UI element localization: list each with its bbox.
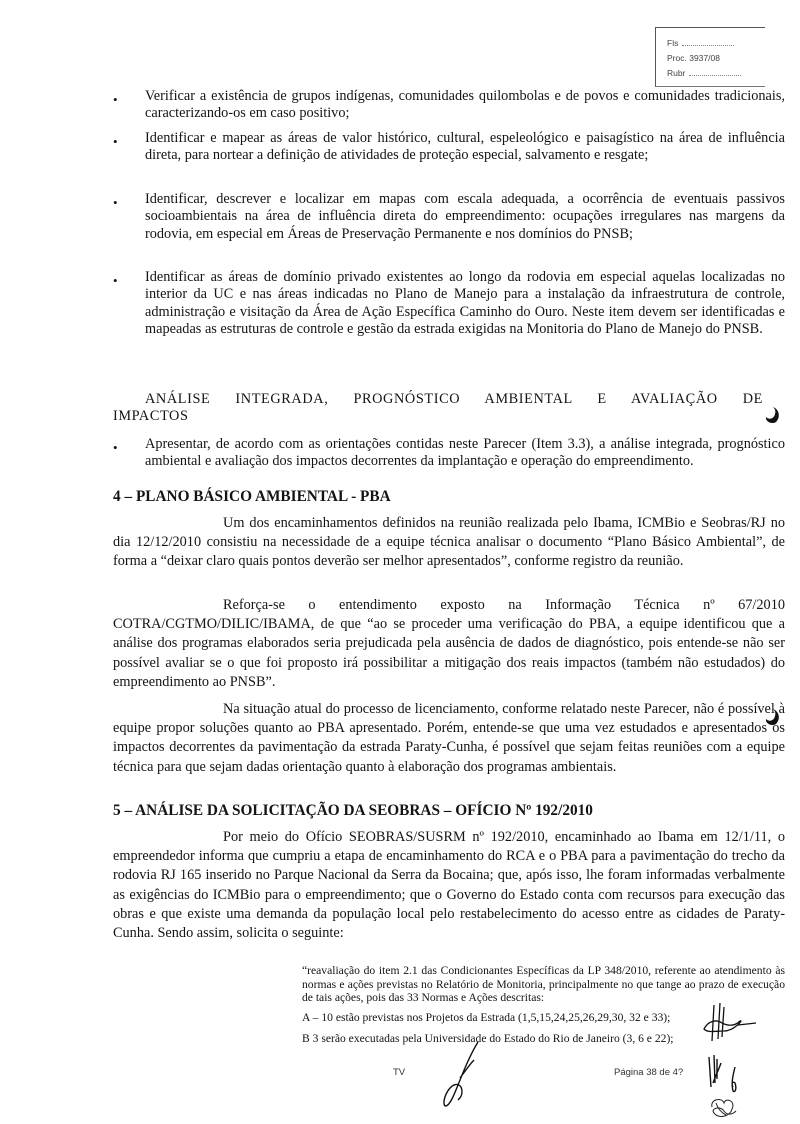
rubric-signature-mark <box>706 1095 738 1121</box>
protocol-stamp: Fls Proc. 3937/08 Rubr <box>655 27 765 87</box>
bullet-icon: • <box>113 92 133 108</box>
list-item: Identificar, descrever e localizar em ma… <box>145 191 785 243</box>
bullet-icon: • <box>113 273 133 289</box>
stamp-rubr-label: Rubr <box>667 68 685 78</box>
document-page: Fls Proc. 3937/08 Rubr • Verificar a exi… <box>0 0 800 1124</box>
stamp-proc-row: Proc. 3937/08 <box>667 51 765 66</box>
paragraph: Na situação atual do processo de licenci… <box>113 700 785 777</box>
page-number: Página 38 de 4? <box>614 1067 683 1078</box>
list-item: Apresentar, de acordo com as orientações… <box>145 436 785 471</box>
bullet-icon: • <box>113 195 133 211</box>
bullet-icon: • <box>113 134 133 150</box>
section-5-heading: 5 – ANÁLISE DA SOLICITAÇÃO DA SEOBRAS – … <box>113 802 593 820</box>
stamp-rubr-row: Rubr <box>667 66 765 81</box>
stamp-proc-label: Proc. <box>667 53 687 63</box>
bullet-icon: • <box>113 440 133 456</box>
paragraph: Por meio do Ofício SEOBRAS/SUSRM nº 192/… <box>113 828 785 943</box>
punch-hole-mark <box>763 707 783 727</box>
quoted-request: “reavaliação do item 2.1 das Condicionan… <box>302 964 785 1005</box>
signature-mark <box>440 1040 490 1110</box>
quote-item-a: A – 10 estão previstas nos Projetos da E… <box>302 1011 670 1024</box>
initials-signature-mark <box>700 1003 760 1043</box>
list-item: Identificar as áreas de domínio privado … <box>145 269 785 338</box>
stamp-proc-value: 3937/08 <box>689 53 720 63</box>
subheading-analysis: ANÁLISE INTEGRADA, PROGNÓSTICO AMBIENTAL… <box>113 391 763 425</box>
blank-line <box>682 37 734 46</box>
list-item: Identificar e mapear as áreas de valor h… <box>145 130 785 165</box>
list-item: Verificar a existência de grupos indígen… <box>145 88 785 123</box>
stamp-fls-row: Fls <box>667 36 765 51</box>
stamp-fls-label: Fls <box>667 38 678 48</box>
paragraph: Um dos encaminhamentos definidos na reun… <box>113 514 785 572</box>
initials-signature-mark <box>705 1053 745 1095</box>
paragraph: Reforça-se o entendimento exposto na Inf… <box>113 596 785 692</box>
section-4-heading: 4 – PLANO BÁSICO AMBIENTAL - PBA <box>113 488 391 506</box>
footer-initials: TV <box>393 1067 405 1078</box>
blank-line <box>689 67 741 76</box>
punch-hole-mark <box>763 405 783 425</box>
